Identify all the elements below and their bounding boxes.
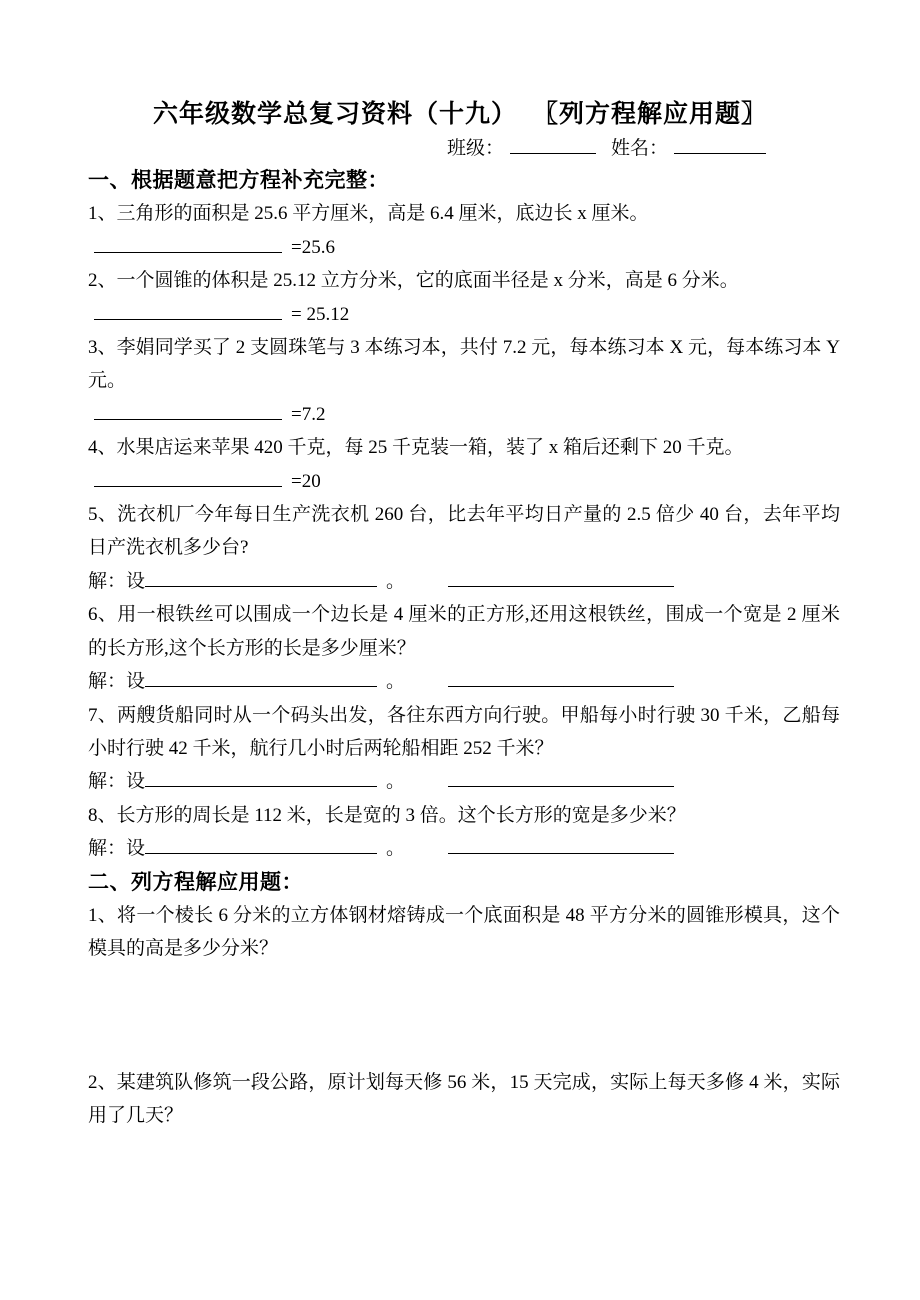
problem-4-text: 4、水果店运来苹果 420 千克，每 25 千克装一箱，装了 x 箱后还剩下 2… [88, 431, 840, 464]
problem-1-text: 1、三角形的面积是 25.6 平方厘米，高是 6.4 厘米，底边长 x 厘米。 [88, 197, 840, 230]
problem-2-equation-line: = 25.12 [88, 298, 840, 331]
document-title: 六年级数学总复习资料（十九） 〖列方程解应用题〗 [0, 0, 920, 134]
problem-7-text: 7、两艘货船同时从一个码头出发，各往东西方向行驶。甲船每小时行驶 30 千米，乙… [88, 699, 840, 766]
equation-value: =7.2 [291, 404, 325, 425]
solve-label: 解：设 [88, 571, 145, 592]
equation-blank-line [94, 250, 282, 253]
equation-blank-line [94, 317, 282, 320]
equation-value: = 25.12 [291, 304, 349, 325]
period-mark: 。 [386, 671, 405, 692]
section-2-heading: 二、列方程解应用题： [88, 866, 840, 899]
problem-3-equation-line: =7.2 [88, 398, 840, 431]
equation-blank-line [94, 417, 282, 420]
period-mark: 。 [386, 771, 405, 792]
name-blank-line [674, 151, 766, 154]
problem-5-text: 5、洗衣机厂今年每日生产洗衣机 260 台，比去年平均日产量的 2.5 倍少 4… [88, 498, 840, 565]
section2-problem-1-text: 1、将一个棱长 6 分米的立方体钢材熔铸成一个底面积是 48 平方分米的圆锥形模… [88, 899, 840, 966]
problem-6-text: 6、用一根铁丝可以围成一个边长是 4 厘米的正方形,还用这根铁丝，围成一个宽是 … [88, 598, 840, 665]
answer-blank-line [448, 851, 674, 854]
work-space [88, 966, 840, 1066]
solve-blank-line [145, 684, 377, 687]
worksheet-page: 六年级数学总复习资料（十九） 〖列方程解应用题〗 班级：姓名： 一、根据题意把方… [0, 0, 920, 1300]
class-label: 班级： [447, 138, 504, 159]
problem-5-solve-line: 解：设。 [88, 565, 840, 598]
worksheet-body: 一、根据题意把方程补充完整： 1、三角形的面积是 25.6 平方厘米，高是 6.… [88, 164, 840, 1133]
solve-label: 解：设 [88, 771, 145, 792]
answer-blank-line [448, 584, 674, 587]
problem-7-solve-line: 解：设。 [88, 765, 840, 798]
problem-4-equation-line: =20 [88, 465, 840, 498]
answer-blank-line [448, 784, 674, 787]
equation-value: =25.6 [291, 237, 335, 258]
solve-blank-line [145, 851, 377, 854]
problem-6-solve-line: 解：设。 [88, 665, 840, 698]
name-label: 姓名： [611, 138, 668, 159]
equation-value: =20 [291, 471, 321, 492]
problem-8-text: 8、长方形的周长是 112 米，长是宽的 3 倍。这个长方形的宽是多少米？ [88, 799, 840, 832]
solve-label: 解：设 [88, 838, 145, 859]
period-mark: 。 [386, 838, 405, 859]
solve-label: 解：设 [88, 671, 145, 692]
section-1-heading: 一、根据题意把方程补充完整： [88, 164, 840, 197]
header-meta-row: 班级：姓名： [0, 134, 920, 164]
period-mark: 。 [386, 571, 405, 592]
answer-blank-line [448, 684, 674, 687]
class-blank-line [510, 151, 596, 154]
problem-3-text: 3、李娟同学买了 2 支圆珠笔与 3 本练习本，共付 7.2 元，每本练习本 X… [88, 331, 840, 398]
solve-blank-line [145, 584, 377, 587]
problem-8-solve-line: 解：设。 [88, 832, 840, 865]
equation-blank-line [94, 484, 282, 487]
section2-problem-2-text: 2、某建筑队修筑一段公路，原计划每天修 56 米，15 天完成，实际上每天多修 … [88, 1066, 840, 1133]
solve-blank-line [145, 784, 377, 787]
problem-2-text: 2、一个圆锥的体积是 25.12 立方分米，它的底面半径是 x 分米，高是 6 … [88, 264, 840, 297]
problem-1-equation-line: =25.6 [88, 231, 840, 264]
